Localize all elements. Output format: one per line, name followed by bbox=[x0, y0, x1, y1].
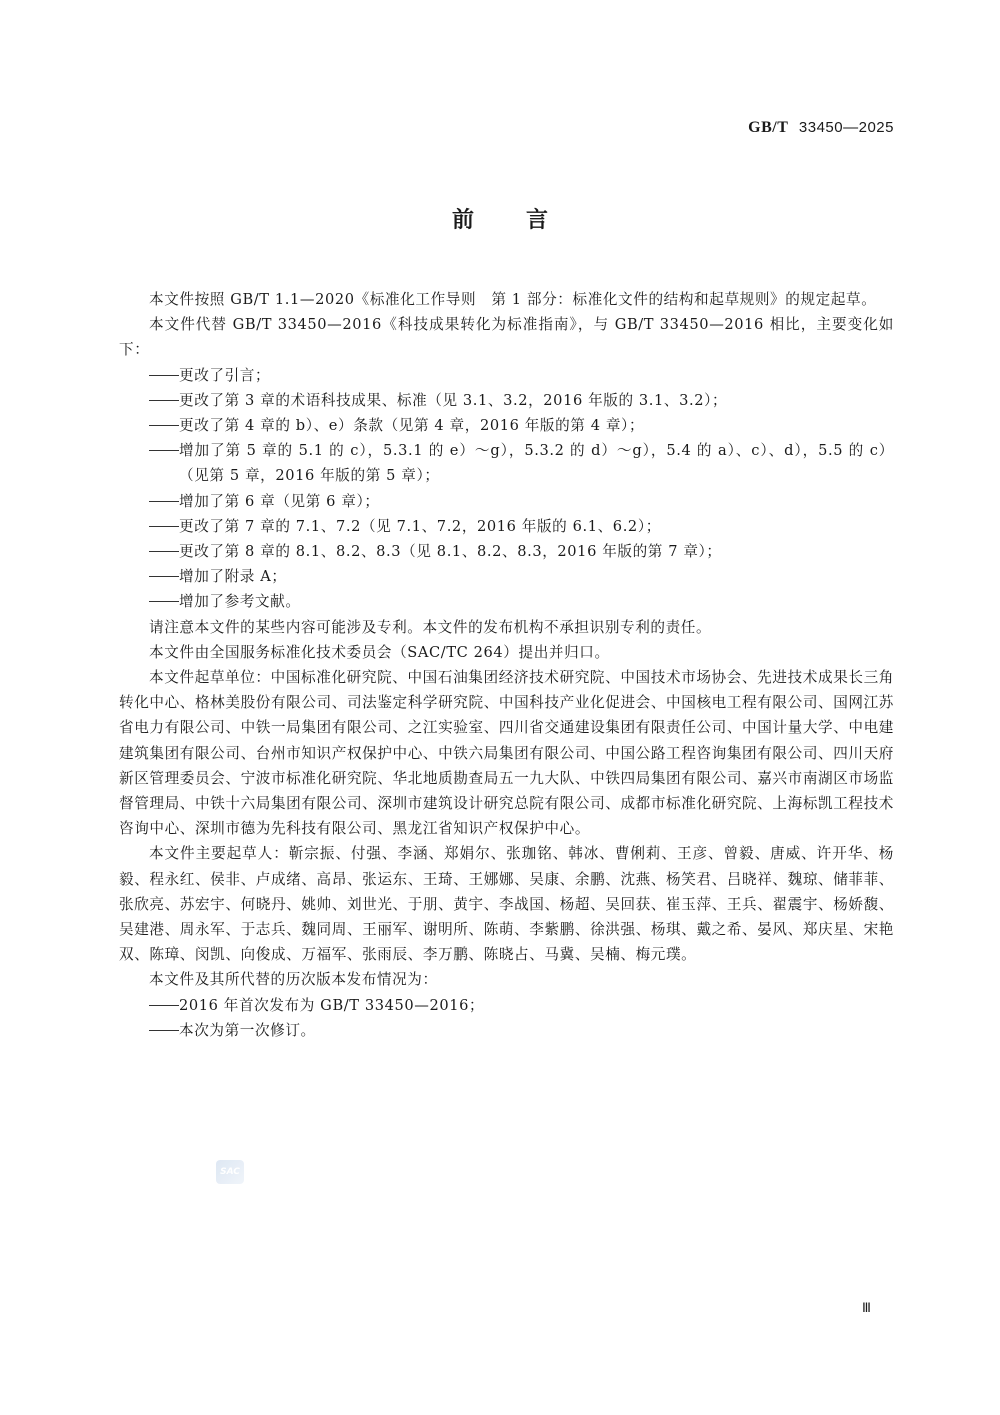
list-item: 更改了第 4 章的 b）、e）条款（见第 4 章，2016 年版的第 4 章）； bbox=[119, 413, 894, 438]
list-item: 增加了第 6 章（见第 6 章）； bbox=[119, 489, 894, 514]
paragraph-drafting-units: 本文件起草单位：中国标准化研究院、中国石油集团经济技术研究院、中国技术市场协会、… bbox=[119, 665, 894, 841]
list-item: 更改了引言； bbox=[119, 363, 894, 388]
list-item: 更改了第 8 章的 8.1、8.2、8.3（见 8.1、8.2、8.3，2016… bbox=[119, 539, 894, 564]
dash-marker bbox=[149, 425, 179, 426]
list-item: 增加了附录 A； bbox=[119, 564, 894, 589]
dash-marker bbox=[149, 400, 179, 401]
paragraph-history-intro: 本文件及其所代替的历次版本发布情况为： bbox=[119, 967, 894, 992]
list-item: 更改了第 7 章的 7.1、7.2（见 7.1、7.2，2016 年版的 6.1… bbox=[119, 514, 894, 539]
history-list: 2016 年首次发布为 GB/T 33450—2016； 本次为第一次修订。 bbox=[119, 993, 894, 1043]
dash-marker bbox=[149, 450, 179, 451]
paragraph-patent-notice: 请注意本文件的某些内容可能涉及专利。本文件的发布机构不承担识别专利的责任。 bbox=[119, 615, 894, 640]
standard-number-header: GB/T 33450—2025 bbox=[748, 118, 894, 137]
foreword-body: 本文件按照 GB/T 1.1—2020《标准化工作导则 第 1 部分：标准化文件… bbox=[119, 287, 894, 1043]
paragraph-replacement: 本文件代替 GB/T 33450—2016《科技成果转化为标准指南》，与 GB/… bbox=[119, 312, 894, 362]
list-item: 2016 年首次发布为 GB/T 33450—2016； bbox=[119, 993, 894, 1018]
page-number: Ⅲ bbox=[862, 1300, 870, 1316]
dash-marker bbox=[149, 526, 179, 527]
list-item: 本次为第一次修订。 bbox=[119, 1018, 894, 1043]
dash-marker bbox=[149, 1005, 179, 1006]
dash-marker bbox=[149, 1030, 179, 1031]
dash-marker bbox=[149, 551, 179, 552]
changes-list: 更改了引言； 更改了第 3 章的术语科技成果、标准（见 3.1、3.2，2016… bbox=[119, 363, 894, 615]
standard-number: 33450—2025 bbox=[799, 119, 894, 136]
dash-marker bbox=[149, 375, 179, 376]
list-item: 更改了第 3 章的术语科技成果、标准（见 3.1、3.2，2016 年版的 3.… bbox=[119, 388, 894, 413]
list-item: 增加了参考文献。 bbox=[119, 589, 894, 614]
dash-marker bbox=[149, 601, 179, 602]
list-item: 增加了第 5 章的 5.1 的 c），5.3.1 的 e）～g），5.3.2 的… bbox=[119, 438, 894, 488]
dash-marker bbox=[149, 576, 179, 577]
paragraph-proposer: 本文件由全国服务标准化技术委员会（SAC/TC 264）提出并归口。 bbox=[119, 640, 894, 665]
page-title: 前言 bbox=[0, 203, 1000, 234]
paragraph-drafting-rules: 本文件按照 GB/T 1.1—2020《标准化工作导则 第 1 部分：标准化文件… bbox=[119, 287, 894, 312]
dash-marker bbox=[149, 501, 179, 502]
standard-prefix: GB/T bbox=[748, 119, 788, 136]
sac-watermark-logo: SAC bbox=[216, 1160, 244, 1184]
paragraph-drafters: 本文件主要起草人：靳宗振、付强、李涵、郑娟尔、张珈铭、韩冰、曹俐莉、王彦、曾毅、… bbox=[119, 841, 894, 967]
